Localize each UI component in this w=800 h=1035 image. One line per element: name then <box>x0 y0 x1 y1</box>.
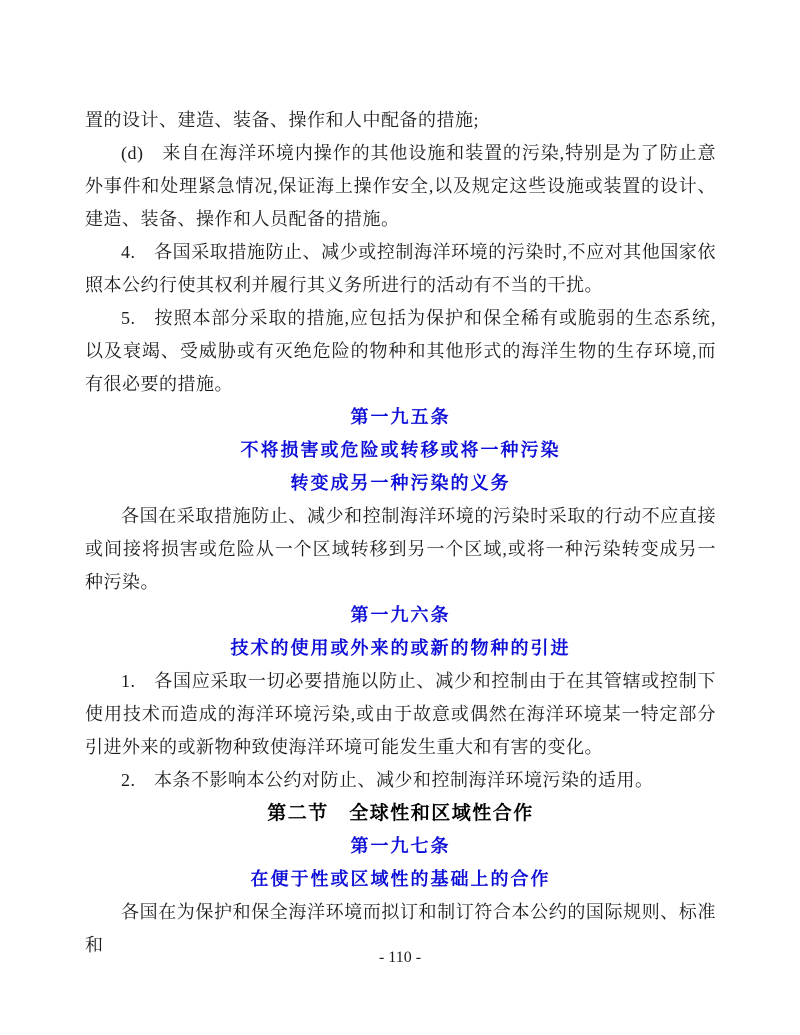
article-number-heading-195: 第一九五条 <box>85 401 716 434</box>
body-paragraph-196-1: 1. 各国应采取一切必要措施以防止、减少和控制由于在其管辖或控制下使用技术而造成… <box>85 665 716 764</box>
body-paragraph-d: (d) 来自在海洋环境内操作的其他设施和装置的污染,特别是为了防止意外事件和处理… <box>85 137 716 236</box>
article-title-heading-196: 技术的使用或外来的或新的物种的引进 <box>85 632 716 665</box>
page-content: 置的设计、建造、装备、操作和人中配备的措施; (d) 来自在海洋环境内操作的其他… <box>85 104 716 962</box>
body-paragraph-continuation: 置的设计、建造、装备、操作和人中配备的措施; <box>85 104 716 137</box>
page-number: - 110 - <box>0 948 800 968</box>
body-paragraph-195: 各国在采取措施防止、减少和控制海洋环境的污染时采取的行动不应直接或间接将损害或危… <box>85 500 716 599</box>
body-paragraph-196-2: 2. 本条不影响本公约对防止、减少和控制海洋环境污染的适用。 <box>85 764 716 797</box>
article-title-heading-197: 在便于性或区域性的基础上的合作 <box>85 863 716 896</box>
article-number-heading-196: 第一九六条 <box>85 599 716 632</box>
document-page: 置的设计、建造、装备、操作和人中配备的措施; (d) 来自在海洋环境内操作的其他… <box>0 0 800 1035</box>
section-heading: 第二节 全球性和区域性合作 <box>85 797 716 830</box>
body-paragraph-5: 5. 按照本部分采取的措施,应包括为保护和保全稀有或脆弱的生态系统,以及衰竭、受… <box>85 302 716 401</box>
article-title-heading-195-line2: 转变成另一种污染的义务 <box>85 467 716 500</box>
article-number-heading-197: 第一九七条 <box>85 830 716 863</box>
article-title-heading-195-line1: 不将损害或危险或转移或将一种污染 <box>85 434 716 467</box>
body-paragraph-4: 4. 各国采取措施防止、减少或控制海洋环境的污染时,不应对其他国家依照本公约行使… <box>85 236 716 302</box>
